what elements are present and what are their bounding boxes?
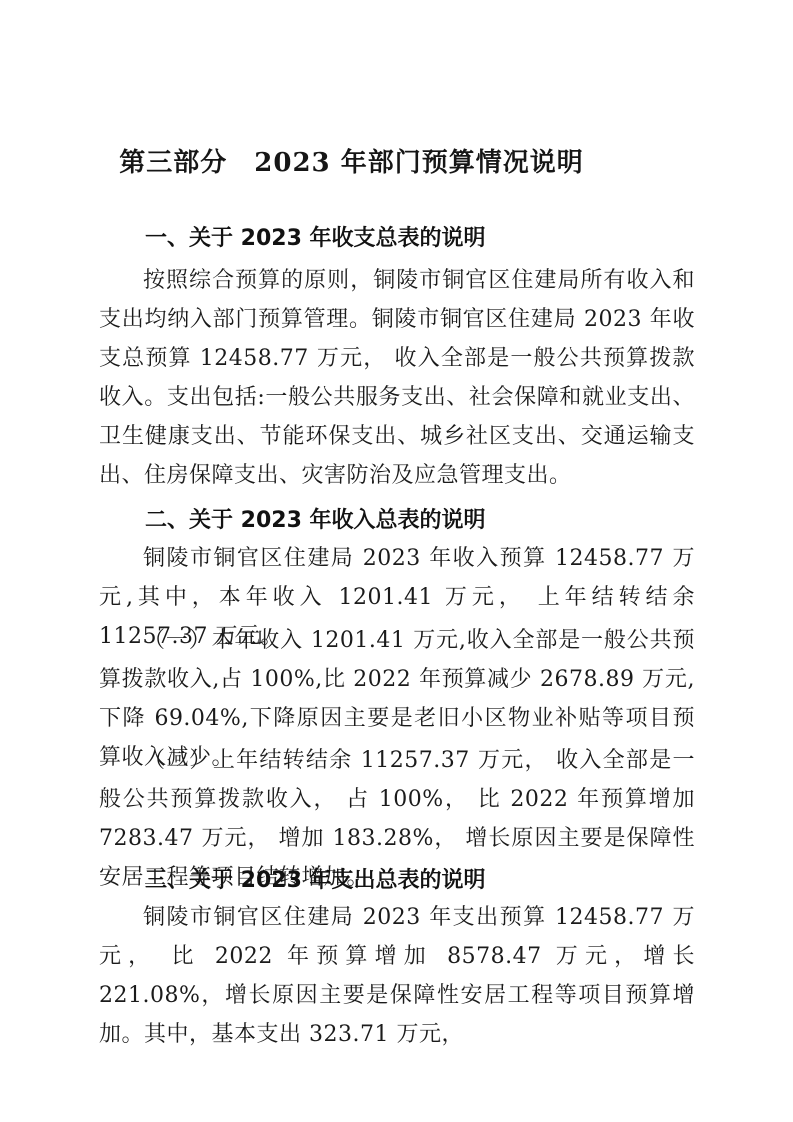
- section-heading-expenditure-summary: 三、关于 2023 年支出总表的说明: [99, 866, 695, 896]
- section-heading-income-expense-summary: 一、关于 2023 年收支总表的说明: [99, 224, 695, 254]
- document-page: 第三部分 2023 年部门预算情况说明 一、关于 2023 年收支总表的说明 按…: [0, 0, 793, 1122]
- section-heading-income-summary: 二、关于 2023 年收入总表的说明: [99, 506, 695, 536]
- paragraph-expenditure-total: 铜陵市铜官区住建局 2023 年支出预算 12458.77 万元， 比 2022…: [99, 898, 695, 1054]
- paragraph-overall-budget: 按照综合预算的原则，铜陵市铜官区住建局所有收入和支出均纳入部门预算管理。铜陵市铜…: [99, 261, 695, 495]
- document-title: 第三部分 2023 年部门预算情况说明: [0, 142, 748, 179]
